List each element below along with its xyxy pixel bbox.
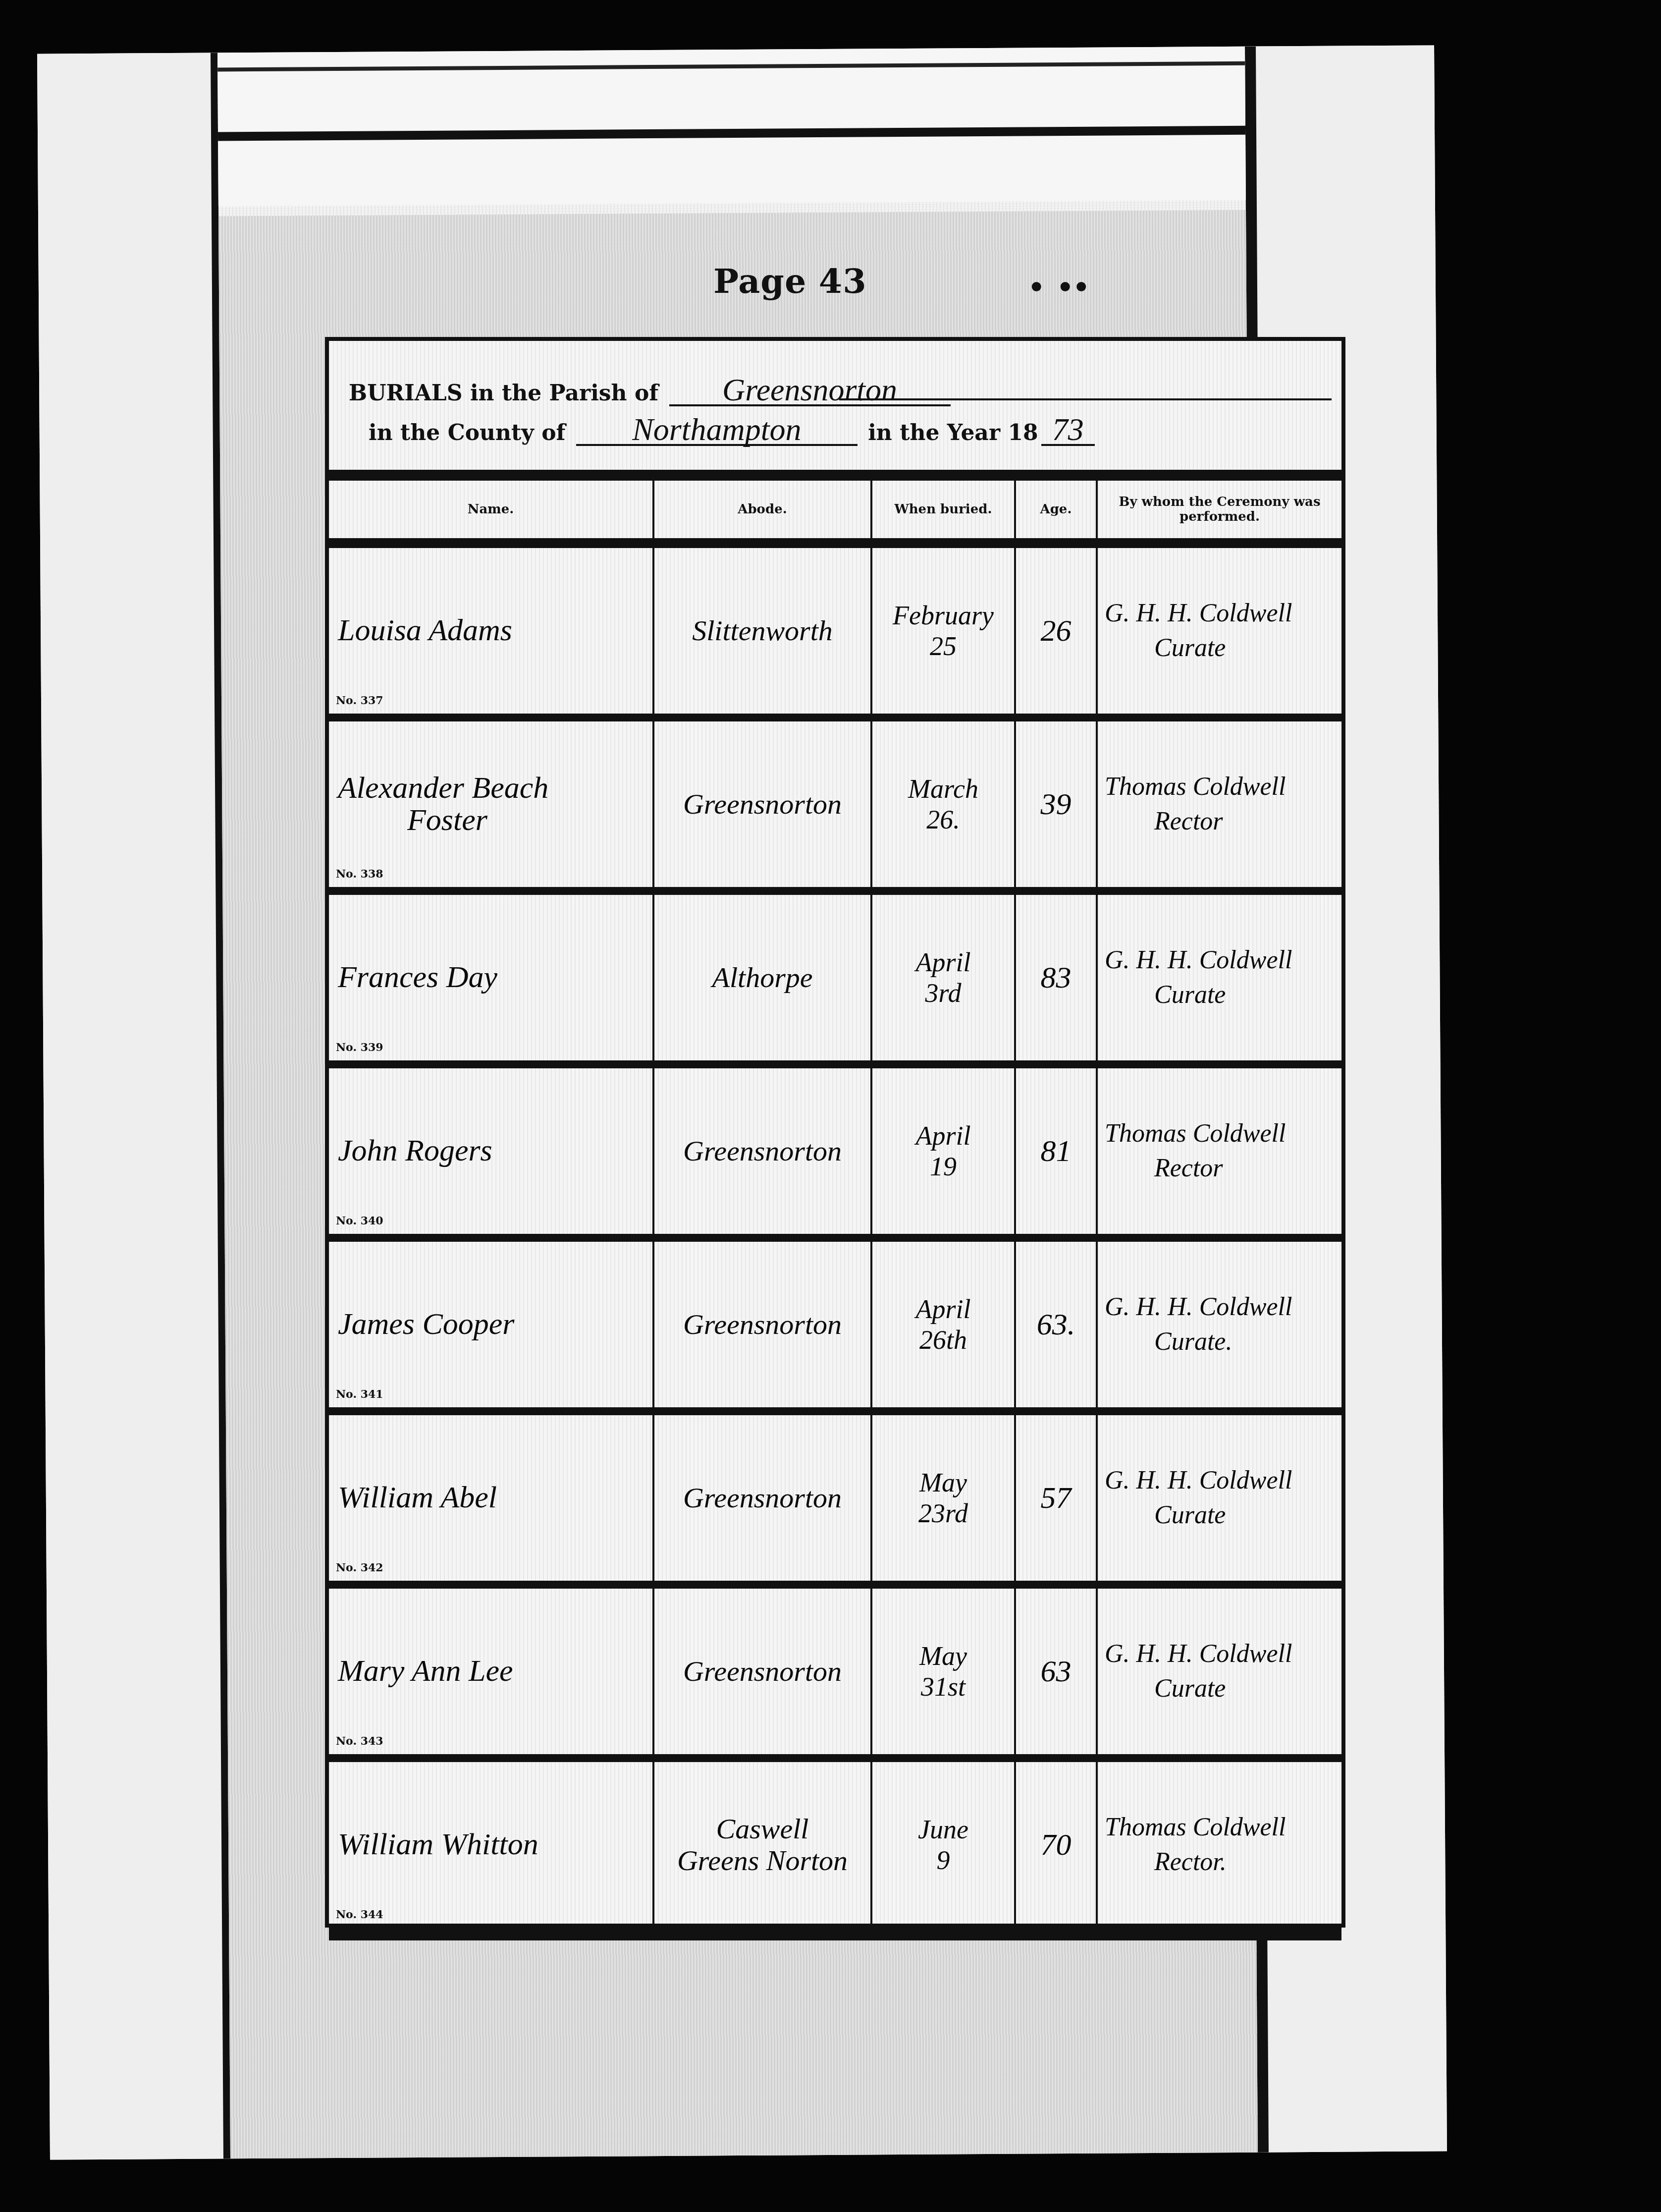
- rule-line: [217, 61, 1245, 72]
- heading-line-1: BURIALS in the Parish of Greensnorton: [349, 376, 954, 406]
- name-text: William Abel: [338, 1482, 652, 1514]
- officiant-cell: G. H. H. ColdwellCurate.: [1097, 1238, 1341, 1411]
- officiant-cell: G. H. H. ColdwellCurate: [1097, 891, 1341, 1064]
- entry-number: No. 337: [336, 695, 383, 707]
- table-row: John Rogers No. 340 Greensnorton April19…: [329, 1064, 1341, 1238]
- age-cell: 81: [1015, 1064, 1097, 1238]
- name-cell: John Rogers No. 340: [329, 1064, 653, 1238]
- officiant-cell: Thomas ColdwellRector: [1097, 1064, 1341, 1238]
- officiant-cell: G. H. H. ColdwellCurate: [1097, 1411, 1341, 1585]
- entry-number: No. 342: [336, 1562, 383, 1574]
- abode-cell: Althorpe: [653, 891, 871, 1064]
- officiant-cell: G. H. H. ColdwellCurate: [1097, 1585, 1341, 1758]
- when-buried-cell: April3rd: [871, 891, 1015, 1064]
- entry-number: No. 341: [336, 1389, 383, 1400]
- table-row: William Abel No. 342 Greensnorton May23r…: [329, 1411, 1341, 1585]
- name-text: Louisa Adams: [338, 614, 652, 647]
- abode-cell: Slittenworth: [653, 543, 871, 718]
- officiant-cell: Thomas ColdwellRector: [1097, 718, 1341, 891]
- name-text: John Rogers: [338, 1135, 652, 1167]
- column-header-age: Age.: [1015, 481, 1097, 543]
- page-dots: • ••: [1030, 268, 1091, 307]
- abode-cell: Greensnorton: [653, 718, 871, 891]
- age-cell: 83: [1015, 891, 1097, 1064]
- abode-cell: Greensnorton: [653, 1238, 871, 1411]
- entry-number: No. 338: [336, 869, 383, 880]
- column-header-when-buried: When buried.: [871, 481, 1015, 543]
- name-cell: William Whitton No. 344: [329, 1758, 653, 1934]
- entry-number: No. 339: [336, 1042, 383, 1053]
- entry-number: No. 344: [336, 1909, 383, 1921]
- when-buried-cell: April26th: [871, 1238, 1015, 1411]
- name-text: James Cooper: [338, 1308, 652, 1340]
- column-header-abode: Abode.: [653, 481, 871, 543]
- age-cell: 63.: [1015, 1238, 1097, 1411]
- when-buried-cell: June9: [871, 1758, 1015, 1934]
- officiant-cell: G. H. H. ColdwellCurate: [1097, 543, 1341, 718]
- heading-line-2: in the County of Northampton in the Year…: [369, 415, 1098, 446]
- abode-cell: Greensnorton: [653, 1585, 871, 1758]
- rule-line: [218, 126, 1245, 141]
- burials-table: Name. Abode. When buried. Age. By whom t…: [329, 481, 1341, 1940]
- name-cell: Alexander BeachFoster No. 338: [329, 718, 653, 891]
- abode-cell: Greensnorton: [653, 1064, 871, 1238]
- abode-cell: Greensnorton: [653, 1411, 871, 1585]
- age-cell: 57: [1015, 1411, 1097, 1585]
- age-cell: 63: [1015, 1585, 1097, 1758]
- name-cell: William Abel No. 342: [329, 1411, 653, 1585]
- when-buried-cell: February25: [871, 543, 1015, 718]
- year-field: 73: [1041, 415, 1095, 446]
- heading-prefix: BURIALS in the Parish of: [349, 381, 658, 406]
- page-number: Page 43: [713, 262, 866, 301]
- officiant-cell: Thomas ColdwellRector.: [1097, 1758, 1341, 1934]
- when-buried-cell: April19: [871, 1064, 1015, 1238]
- when-buried-cell: March26.: [871, 718, 1015, 891]
- table-row: Alexander BeachFoster No. 338 Greensnort…: [329, 718, 1341, 891]
- name-text: Mary Ann Lee: [338, 1655, 652, 1687]
- table-row: Frances Day No. 339 Althorpe April3rd 83…: [329, 891, 1341, 1064]
- abode-cell: CaswellGreens Norton: [653, 1758, 871, 1934]
- left-margin-strip: [37, 53, 230, 2159]
- table-row: Louisa Adams No. 337 Slittenworth Februa…: [329, 543, 1341, 718]
- burial-register: BURIALS in the Parish of Greensnorton in…: [325, 337, 1345, 1928]
- table-row: James Cooper No. 341 Greensnorton April2…: [329, 1238, 1341, 1411]
- age-cell: 39: [1015, 718, 1097, 891]
- when-buried-cell: May23rd: [871, 1411, 1015, 1585]
- register-heading: BURIALS in the Parish of Greensnorton in…: [329, 341, 1341, 481]
- name-text: Alexander BeachFoster: [338, 772, 652, 836]
- when-buried-cell: May31st: [871, 1585, 1015, 1758]
- table-row: Mary Ann Lee No. 343 Greensnorton May31s…: [329, 1585, 1341, 1758]
- entry-number: No. 343: [336, 1736, 383, 1747]
- county-field: Northampton: [576, 415, 857, 446]
- name-cell: Frances Day No. 339: [329, 891, 653, 1064]
- year-prefix: in the Year 18: [868, 420, 1038, 445]
- name-cell: Louisa Adams No. 337: [329, 543, 653, 718]
- name-text: Frances Day: [338, 961, 652, 994]
- parish-field: Greensnorton: [669, 376, 951, 406]
- column-header-name: Name.: [329, 481, 653, 543]
- column-header-officiant: By whom the Ceremony was performed.: [1097, 481, 1341, 543]
- top-band: [217, 47, 1246, 207]
- entry-number: No. 340: [336, 1216, 383, 1227]
- table-row: William Whitton No. 344 CaswellGreens No…: [329, 1758, 1341, 1934]
- name-text: William Whitton: [338, 1828, 652, 1861]
- name-cell: Mary Ann Lee No. 343: [329, 1585, 653, 1758]
- county-prefix: in the County of: [369, 420, 565, 445]
- table-header-row: Name. Abode. When buried. Age. By whom t…: [329, 481, 1341, 543]
- age-cell: 26: [1015, 543, 1097, 718]
- name-cell: James Cooper No. 341: [329, 1238, 653, 1411]
- age-cell: 70: [1015, 1758, 1097, 1934]
